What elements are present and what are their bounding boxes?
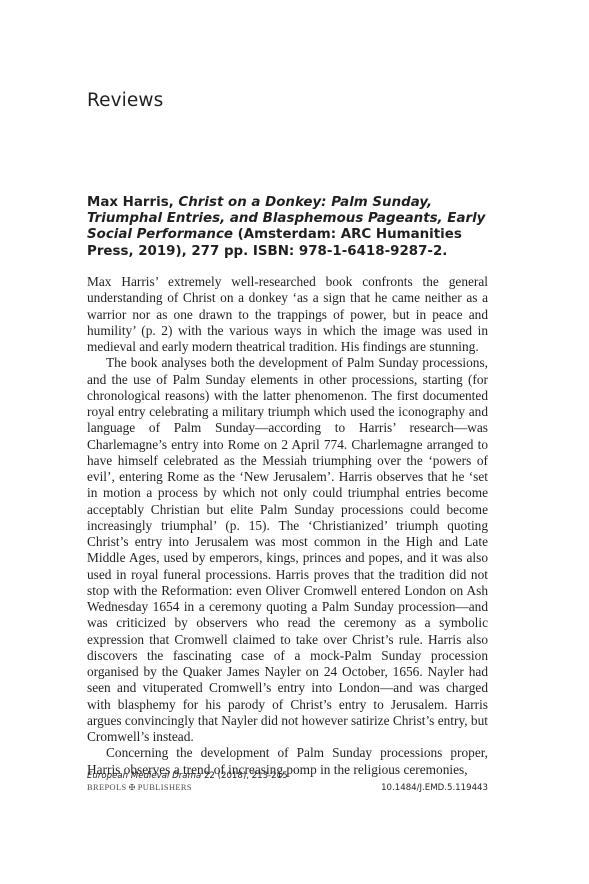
publisher-name-right: PUBLISHERS <box>138 783 192 792</box>
paragraph-1: Max Harris’ extremely well-researched bo… <box>87 274 488 355</box>
section-heading: Reviews <box>87 90 163 111</box>
paragraph-2: The book analyses both the development o… <box>87 355 488 745</box>
footer-bottom-row: BREPOLS✠PUBLISHERS 10.1484/J.EMD.5.11944… <box>87 782 488 794</box>
review-body: Max Harris’ extremely well-researched bo… <box>87 274 488 778</box>
journal-details: 22 (2018), 213-215 <box>201 771 287 781</box>
book-citation: Max Harris, Christ on a Donkey: Palm Sun… <box>87 195 487 260</box>
publisher-logo: BREPOLS✠PUBLISHERS <box>87 782 192 794</box>
doi-link[interactable]: 10.1484/J.EMD.5.119443 <box>381 782 488 794</box>
page-footer: European Medieval Drama 22 (2018), 213-2… <box>87 770 488 794</box>
publisher-emblem-icon: ✠ <box>129 783 136 792</box>
journal-name: European Medieval Drama <box>87 771 201 781</box>
journal-citation: European Medieval Drama 22 (2018), 213-2… <box>87 770 488 782</box>
publisher-name-left: BREPOLS <box>87 783 127 792</box>
citation-author: Max Harris, <box>87 195 178 210</box>
